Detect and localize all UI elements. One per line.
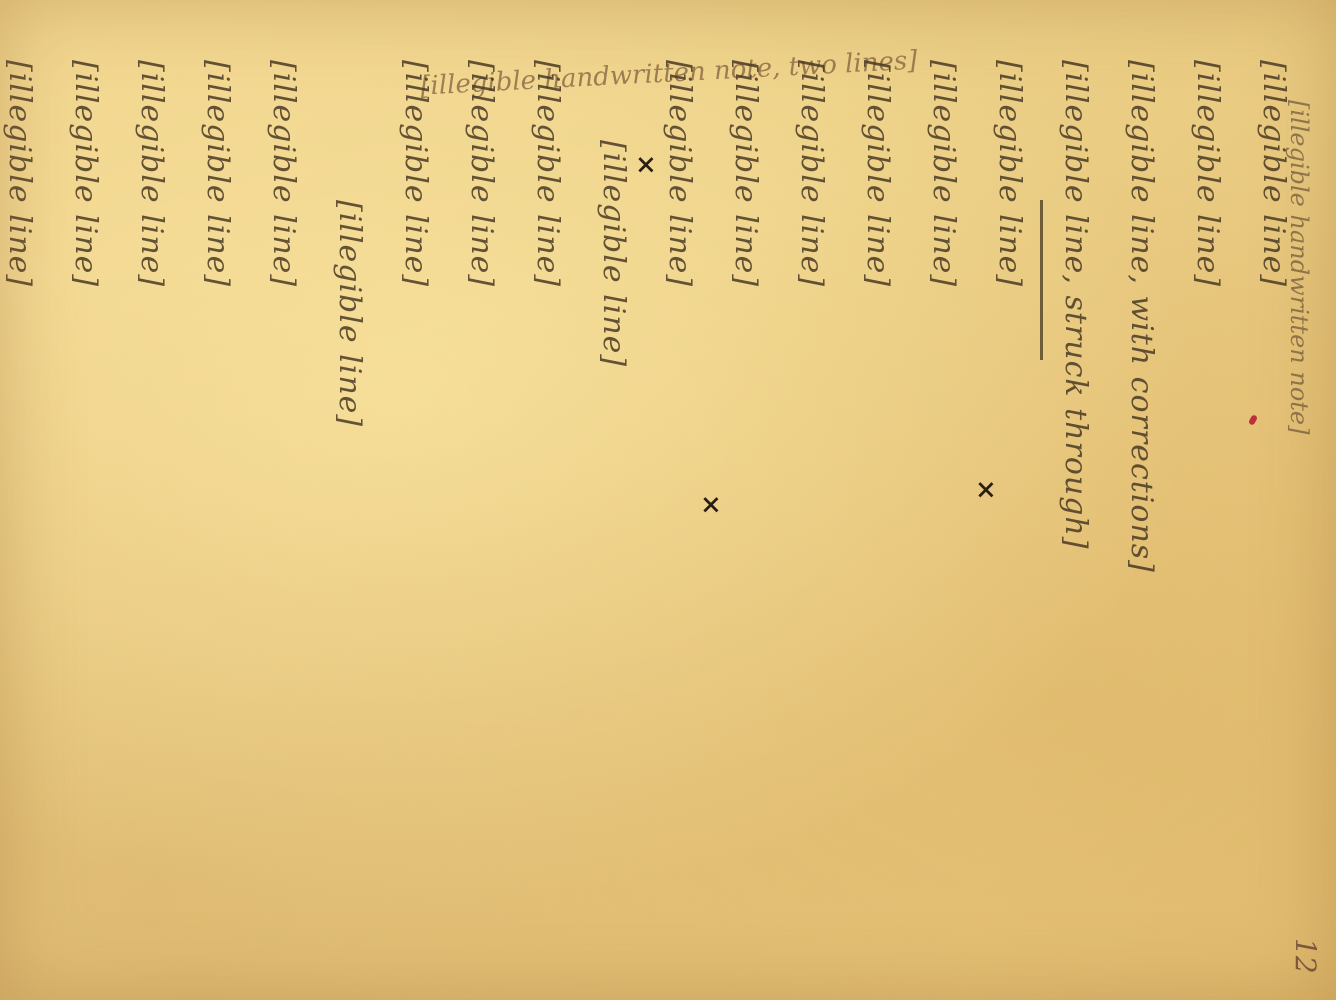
manuscript-line: [illegible line] bbox=[580, 60, 646, 980]
manuscript-line: [illegible line, struck through] bbox=[1042, 60, 1108, 980]
handwritten-text-block: [illegible line] [illegible line] [illeg… bbox=[366, 60, 1306, 980]
strikethrough-line bbox=[1040, 200, 1043, 360]
manuscript-page: [illegible handwritten note, two lines] … bbox=[0, 0, 1336, 1000]
manuscript-line: [illegible line] bbox=[250, 60, 316, 980]
cross-mark: × bbox=[700, 490, 722, 520]
page-number: 12 bbox=[1289, 938, 1322, 974]
manuscript-line: [illegible line] bbox=[1240, 60, 1306, 980]
cross-mark: × bbox=[635, 150, 657, 180]
manuscript-line: [illegible line] bbox=[712, 60, 778, 980]
manuscript-line: [illegible line] bbox=[52, 60, 118, 980]
manuscript-line: [illegible line] bbox=[0, 60, 52, 980]
manuscript-line: [illegible line] bbox=[514, 60, 580, 980]
manuscript-line: [illegible line] bbox=[118, 60, 184, 980]
manuscript-line: [illegible line] bbox=[778, 60, 844, 980]
manuscript-line: [illegible line] bbox=[910, 60, 976, 980]
cross-mark: × bbox=[975, 475, 997, 505]
manuscript-line: [illegible line] bbox=[976, 60, 1042, 980]
manuscript-line: [illegible line] bbox=[316, 60, 382, 980]
manuscript-line: [illegible line] bbox=[382, 60, 448, 980]
manuscript-line: [illegible line] bbox=[448, 60, 514, 980]
manuscript-line: [illegible line] bbox=[844, 60, 910, 980]
manuscript-line: [illegible line] bbox=[184, 60, 250, 980]
manuscript-line: [illegible line] bbox=[1174, 60, 1240, 980]
manuscript-line: [illegible line, with corrections] bbox=[1108, 60, 1174, 980]
manuscript-line: [illegible line] bbox=[646, 60, 712, 980]
